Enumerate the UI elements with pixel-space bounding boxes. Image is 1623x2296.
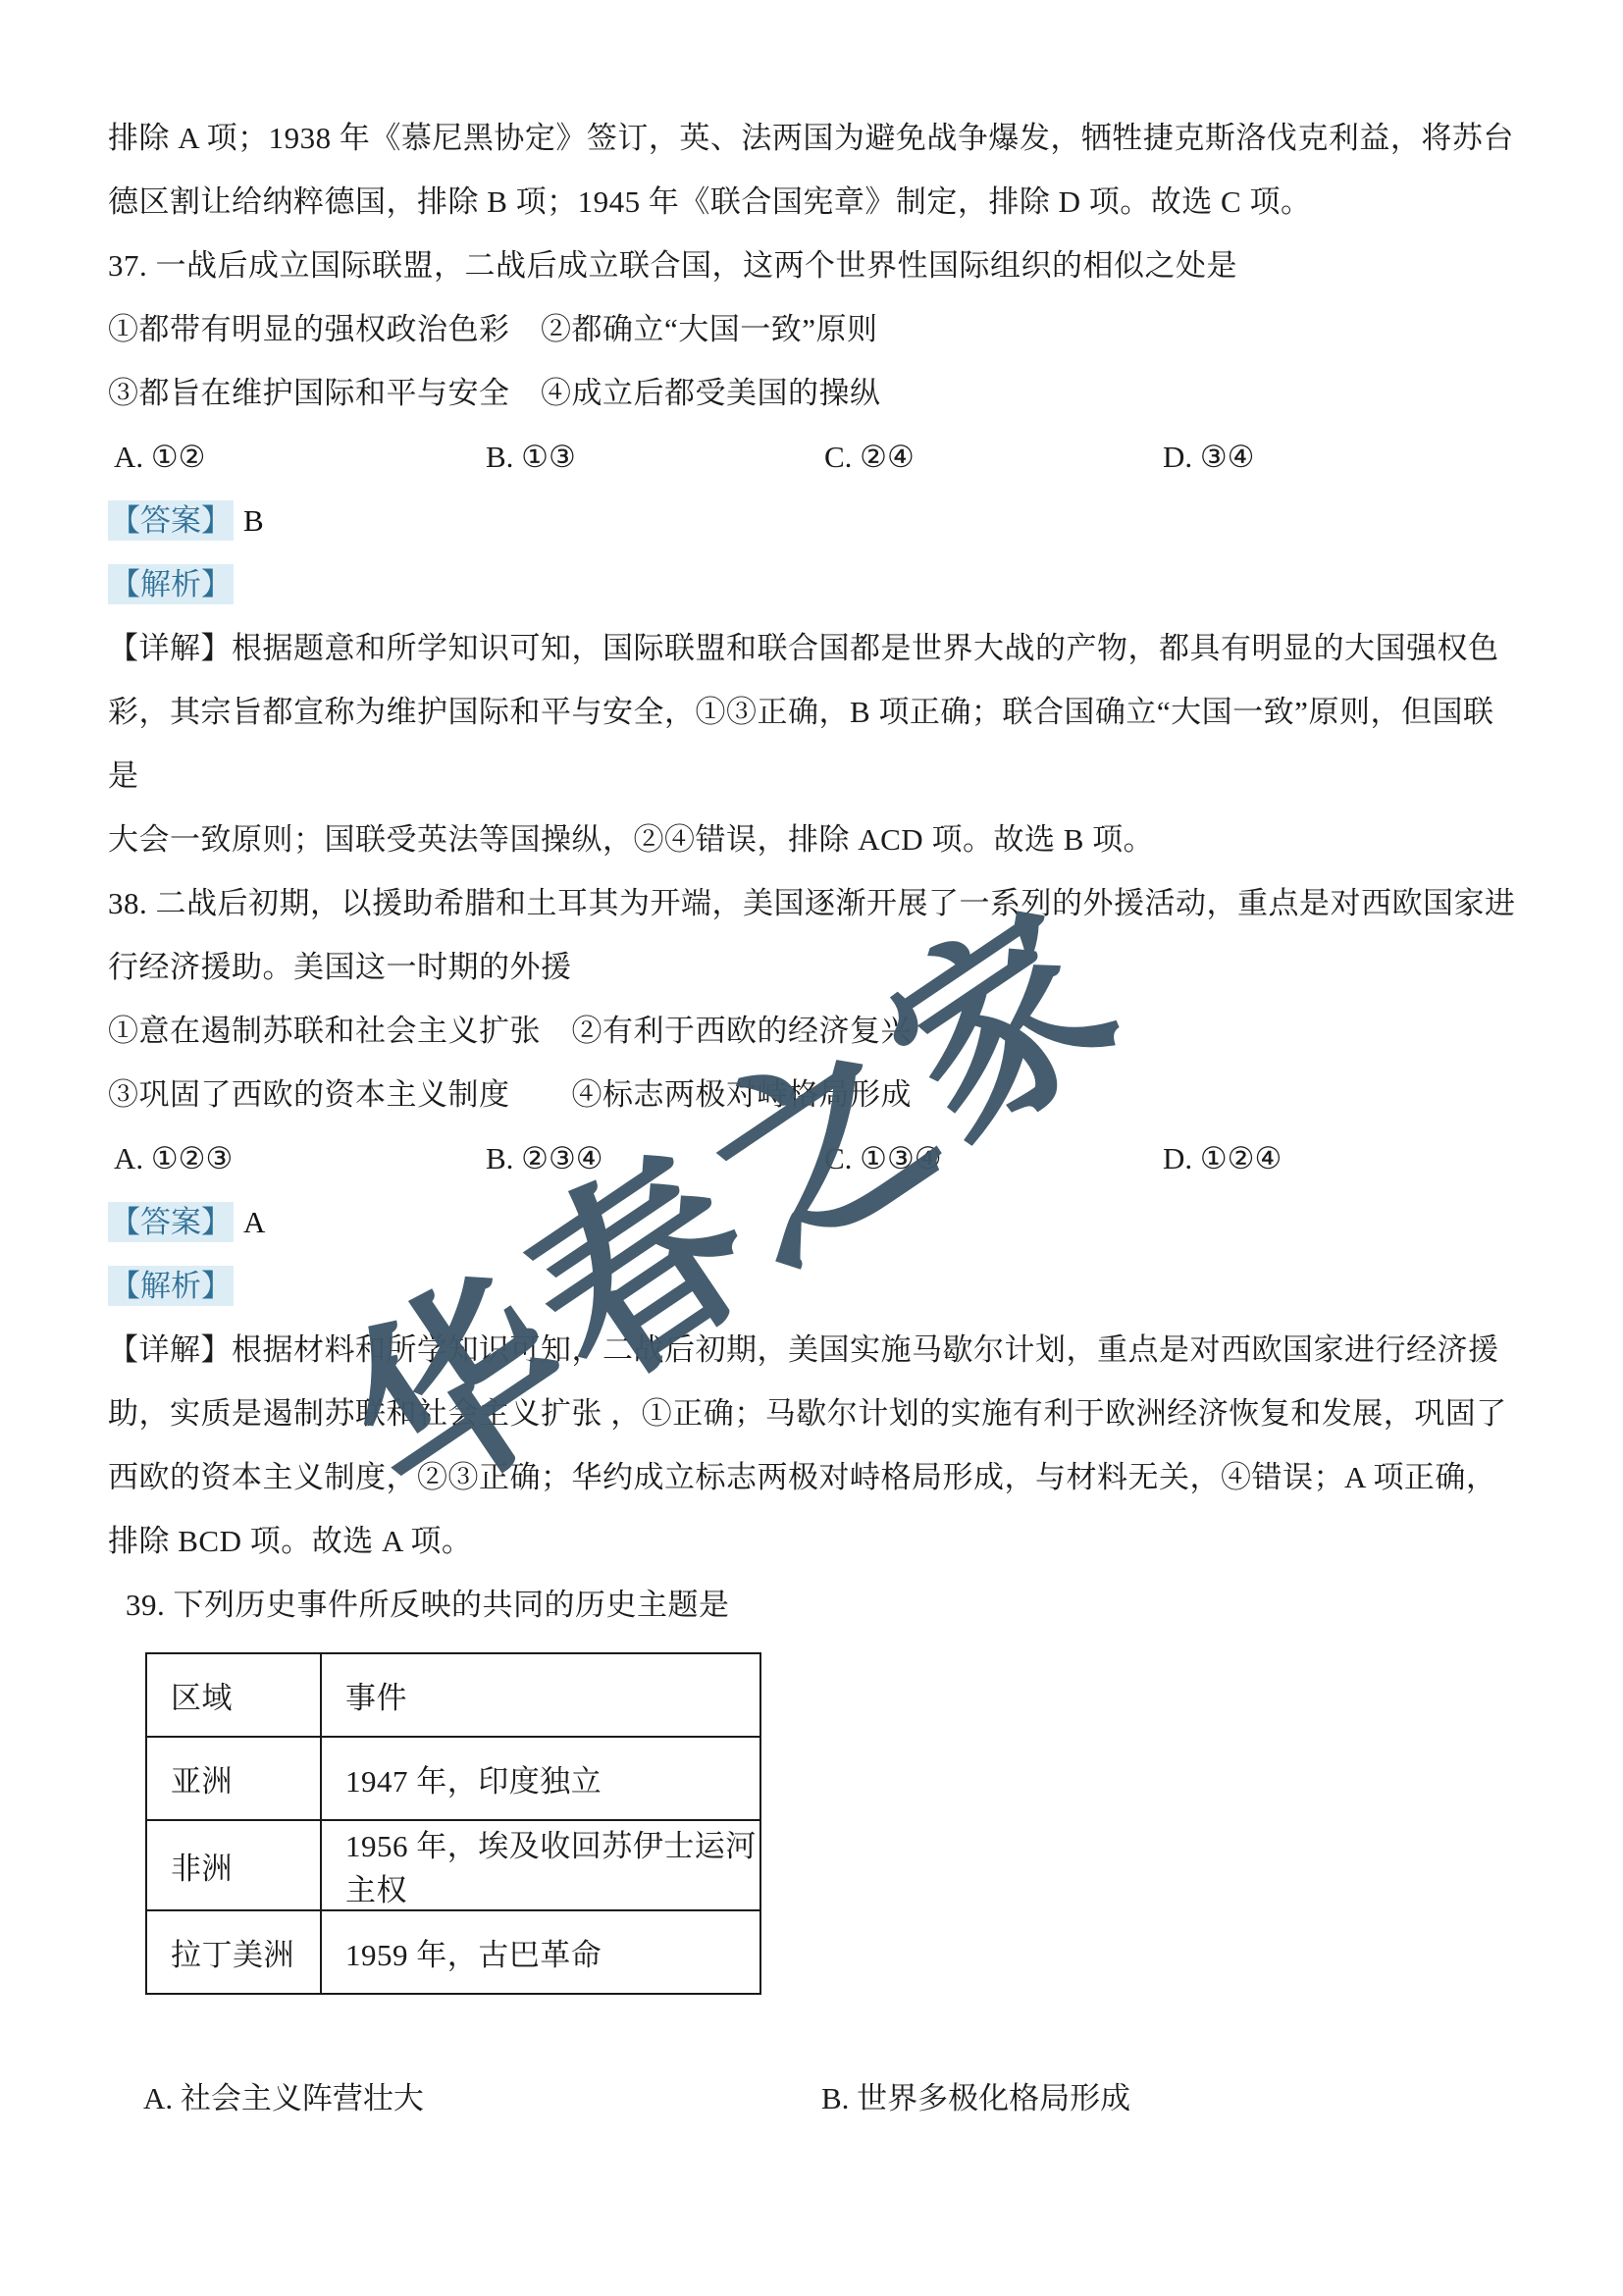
- q39-table-header-region: 区域: [146, 1653, 321, 1737]
- q37-answer-label: 【答案】: [108, 500, 234, 541]
- q38-items: ①意在遏制苏联和社会主义扩张 ②有利于西欧的经济复兴 ③巩固了西欧的资本主义制度…: [108, 999, 1517, 1126]
- q38-answer-row: 【答案】A: [108, 1190, 1517, 1254]
- q36-explanation-tail: 排除 A 项；1938 年《慕尼黑协定》签订，英、法两国为避免战争爆发，牺牲捷克…: [108, 106, 1517, 234]
- q39-table-header-event: 事件: [321, 1653, 760, 1737]
- q39-event-asia: 1947 年，印度独立: [321, 1737, 760, 1820]
- q38-answer-label: 【答案】: [108, 1202, 234, 1242]
- q38-analysis-row: 【解析】: [108, 1254, 1517, 1318]
- q37-analysis-label: 【解析】: [108, 564, 234, 604]
- q37-answer-row: 【答案】B: [108, 489, 1517, 552]
- q38-option-c: C. ①③④: [824, 1126, 942, 1190]
- q38-option-d: D. ①②④: [1163, 1126, 1282, 1190]
- q39-table-row-africa: 非洲 1956 年，埃及收回苏伊士运河主权: [146, 1820, 760, 1910]
- q38-analysis-label: 【解析】: [108, 1266, 234, 1306]
- q39-table-row-asia: 亚洲 1947 年，印度独立: [146, 1737, 760, 1820]
- q37-detail: 【详解】根据题意和所学知识可知，国际联盟和联合国都是世界大战的产物，都具有明显的…: [108, 616, 1517, 871]
- q39-option-b: B. 世界多极化格局形成: [821, 2066, 1130, 2130]
- q39-option-a: A. 社会主义阵营壮大: [143, 2066, 424, 2130]
- q39-region-africa: 非洲: [146, 1820, 321, 1910]
- q37-options-row: A. ①② B. ①③ C. ②④ D. ③④: [108, 425, 1517, 489]
- q37-option-d: D. ③④: [1163, 425, 1254, 489]
- q39-table-header-row: 区域 事件: [146, 1653, 760, 1737]
- q39-stem: 39. 下列历史事件所反映的共同的历史主题是: [126, 1573, 1517, 1637]
- q38-option-a: A. ①②③: [114, 1126, 233, 1190]
- document-page: 华春之家 排除 A 项；1938 年《慕尼黑协定》签订，英、法两国为避免战争爆发…: [0, 0, 1623, 2296]
- q39-region-asia: 亚洲: [146, 1737, 321, 1820]
- q37-option-c: C. ②④: [824, 425, 915, 489]
- q37-items: ①都带有明显的强权政治色彩 ②都确立“大国一致”原则 ③都旨在维护国际和平与安全…: [108, 297, 1517, 425]
- q39-event-latin-america: 1959 年，古巴革命: [321, 1910, 760, 1994]
- q39-options-row: A. 社会主义阵营壮大 B. 世界多极化格局形成: [108, 2066, 1517, 2130]
- q39-event-africa: 1956 年，埃及收回苏伊士运河主权: [321, 1820, 760, 1910]
- q38-detail: 【详解】根据材料和所学知识可知，二战后初期，美国实施马歇尔计划，重点是对西欧国家…: [108, 1318, 1517, 1573]
- q38-option-b: B. ②③④: [486, 1126, 603, 1190]
- q39-region-latin-america: 拉丁美洲: [146, 1910, 321, 1994]
- q37-analysis-row: 【解析】: [108, 552, 1517, 616]
- q37-option-a: A. ①②: [114, 425, 205, 489]
- q38-answer-value: A: [243, 1205, 265, 1239]
- q37-answer-value: B: [243, 503, 264, 538]
- q37-stem: 37. 一战后成立国际联盟，二战后成立联合国，这两个世界性国际组织的相似之处是: [108, 234, 1517, 297]
- q38-options-row: A. ①②③ B. ②③④ C. ①③④ D. ①②④: [108, 1126, 1517, 1190]
- q39-table: 区域 事件 亚洲 1947 年，印度独立 非洲 1956 年，埃及收回苏伊士运河…: [145, 1652, 761, 1995]
- q38-stem: 38. 二战后初期，以援助希腊和土耳其为开端，美国逐渐开展了一系列的外援活动，重…: [108, 871, 1517, 999]
- document-content: 排除 A 项；1938 年《慕尼黑协定》签订，英、法两国为避免战争爆发，牺牲捷克…: [108, 106, 1517, 2130]
- q39-table-row-latin-america: 拉丁美洲 1959 年，古巴革命: [146, 1910, 760, 1994]
- q37-option-b: B. ①③: [486, 425, 576, 489]
